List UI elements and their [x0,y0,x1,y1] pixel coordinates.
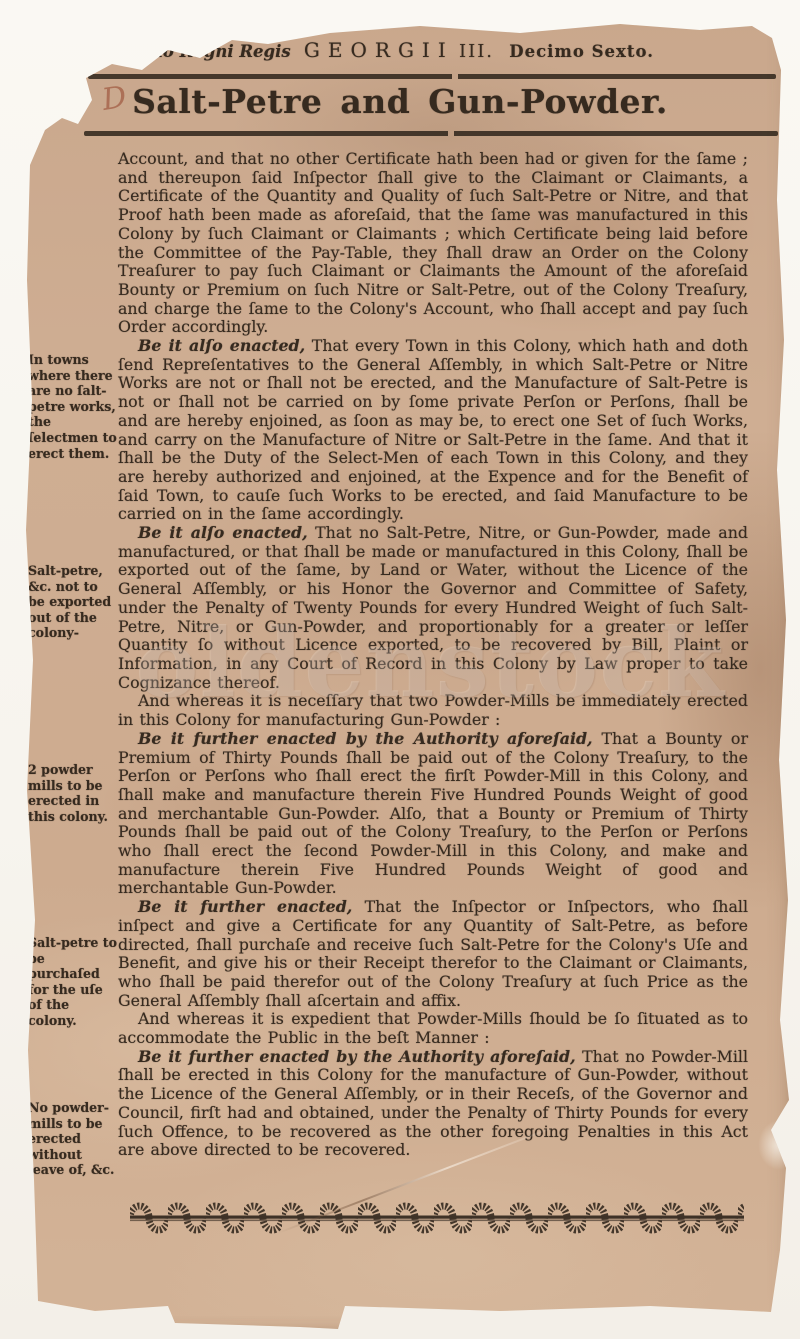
paragraph-lead: Be it further enacted, [138,897,352,916]
regnal-numeral: III. [459,41,494,62]
document-paper-sheet: 1 D Anno Regni Regis GEORGII III. Decimo… [0,0,800,1339]
paragraph-whereas-situated: And whereas it is expedient that Powder-… [118,1010,748,1047]
ornamental-end-rule [130,1200,744,1236]
paragraph-no-mill-without-licence: Be it further enacted by the Authority a… [118,1048,748,1160]
margin-note-purchase-for-colony: Salt-petre to be purchaſed for the uſe o… [28,935,118,1029]
paragraph-lead: Be it alſo enacted, [138,523,308,542]
paragraph-body: And whereas it is neceſſary that two Pow… [118,691,748,729]
paper-chip-tear [758,1120,784,1170]
king-name: GEORGII [304,38,454,62]
paragraph-whereas-two-mills: And whereas it is neceſſary that two Pow… [118,692,748,729]
paragraph-towns-erect-works: Be it alſo enacted, That every Town in t… [118,337,748,524]
paragraph-certificate-bounty: Account, and that no other Certificate h… [118,150,748,337]
handwritten-ink-mark: 1 D [60,79,135,125]
regnal-phrase: Anno Regni Regis [126,42,291,61]
paragraph-body: That no Salt-Petre, Nitre, or Gun-Powder… [118,523,748,692]
margin-note-no-mills-without-leave: No powder-mills to be erected without le… [28,1100,118,1178]
paragraph-body: That a Bounty or Premium of Thirty Pound… [118,729,748,898]
page-title: Salt-Petre and Gun-Powder. [60,82,740,121]
paragraph-body: That the Inſpector or Inſpectors, who ſh… [118,897,748,1010]
paragraph-body: And whereas it is expedient that Powder-… [118,1009,748,1047]
regnal-year-header: Anno Regni Regis GEORGII III. Decimo Sex… [60,38,720,62]
paragraph-lead: Be it alſo enacted, [138,336,305,355]
paragraph-body: That no Powder-Mill ſhall be erected in … [118,1047,748,1160]
margin-note-towns-erect-works: In towns where there are no ſalt-petre w… [28,352,118,461]
act-body-text: Account, and that no other Certificate h… [118,150,748,1160]
paragraph-bounty-powder-mills: Be it further enacted by the Authority a… [118,730,748,898]
regnal-term: Decimo Sexto. [509,42,654,61]
paragraph-lead: Be it further enacted by the Authority a… [138,729,593,748]
paragraph-inspector-purchase: Be it further enacted, That the Inſpecto… [118,898,748,1010]
paragraph-body: That every Town in this Colony, which ha… [118,336,748,523]
paragraph-export-penalty: Be it alſo enacted, That no Salt-Petre, … [118,524,748,692]
margin-note-no-export: Salt-petre, &c. not to be exported out o… [28,563,118,641]
scan-background: 1 D Anno Regni Regis GEORGII III. Decimo… [0,0,800,1339]
paragraph-lead: Be it further enacted by the Authority a… [138,1047,576,1066]
paper-crease [278,1124,561,1234]
dashed-rule-under-title [84,131,778,136]
stock-photo-watermark: oldenstock [105,608,755,719]
paragraph-body: Account, and that no other Certificate h… [118,149,748,336]
margin-note-two-powder-mills: 2 powder mills to be erected in this col… [28,762,118,824]
dashed-rule-top [88,74,776,79]
